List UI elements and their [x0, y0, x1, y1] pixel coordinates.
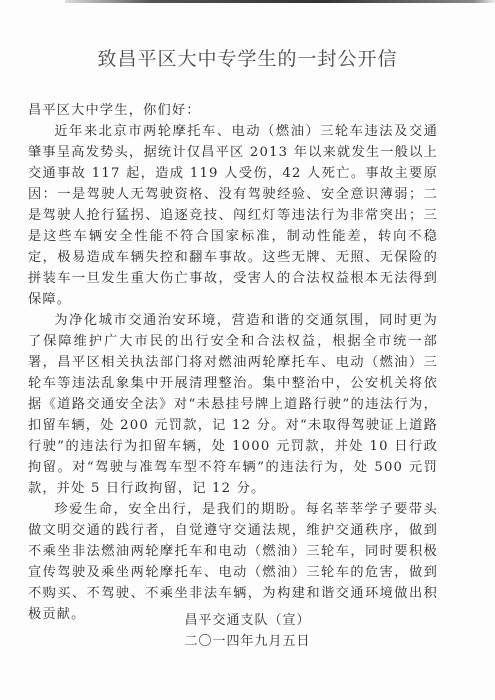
signature: 昌平交通支队（宣） — [0, 610, 495, 631]
scan-edge — [65, 0, 495, 3]
signature-block: 昌平交通支队（宣） 二〇一四年九月五日 — [0, 610, 495, 652]
paragraph-1: 近年来北京市两轮摩托车、电动（燃油）三轮车违法及交通肇事呈高发势头，据统计仅昌平… — [28, 121, 438, 310]
paragraph-3: 珍爱生命，安全出行，是我们的期盼。每名莘莘学子要带头做文明交通的践行者，自觉遵守… — [28, 499, 438, 625]
greeting: 昌平区大中学生，你们好： — [28, 100, 438, 121]
letter-title: 致昌平区大中专学生的一封公开信 — [0, 44, 495, 71]
date: 二〇一四年九月五日 — [0, 631, 495, 652]
paragraph-2: 为净化城市交通治安环境，营造和谐的交通氛围，同时更为了保障维护广大市民的出行安全… — [28, 310, 438, 499]
letter-body: 昌平区大中学生，你们好： 近年来北京市两轮摩托车、电动（燃油）三轮车违法及交通肇… — [28, 100, 438, 625]
